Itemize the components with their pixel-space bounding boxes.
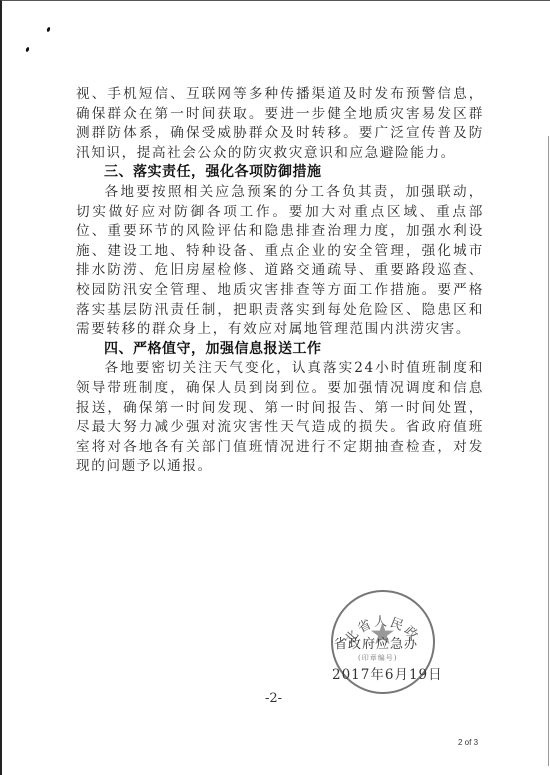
paragraph-section-3: 各地要按照相关应急预案的分工各负其责，加强联动，切实做好应对防御各项工作。要加大…: [76, 183, 484, 340]
page-number: -2-: [265, 691, 282, 706]
scan-speck: [46, 27, 51, 33]
scan-speck: [25, 47, 30, 53]
paragraph-section-4: 各地要密切关注天气变化，认真落实24小时值班制度和领导带班制度，确保人员到岗到位…: [76, 359, 484, 477]
section-heading-4: 四、严格值守，加强信息报送工作: [104, 340, 484, 360]
seal-org-name: 省政府应急办: [334, 633, 418, 652]
signature-date: 2017年6月19日: [332, 663, 443, 683]
paragraph-continuation: 视、手机短信、互联网等多种传播渠道及时发布预警信息，确保群众在第一时间获取。要进…: [76, 85, 484, 163]
seal-serial: (印章编号): [358, 653, 397, 663]
scan-edge: [548, 136, 549, 766]
scanned-page: 视、手机短信、互联网等多种传播渠道及时发布预警信息，确保群众在第一时间获取。要进…: [0, 0, 550, 775]
document-body: 视、手机短信、互联网等多种传播渠道及时发布预警信息，确保群众在第一时间获取。要进…: [76, 85, 484, 477]
viewer-page-indicator: 2 of 3: [458, 738, 478, 747]
section-heading-3: 三、落实责任，强化各项防御措施: [104, 163, 484, 183]
